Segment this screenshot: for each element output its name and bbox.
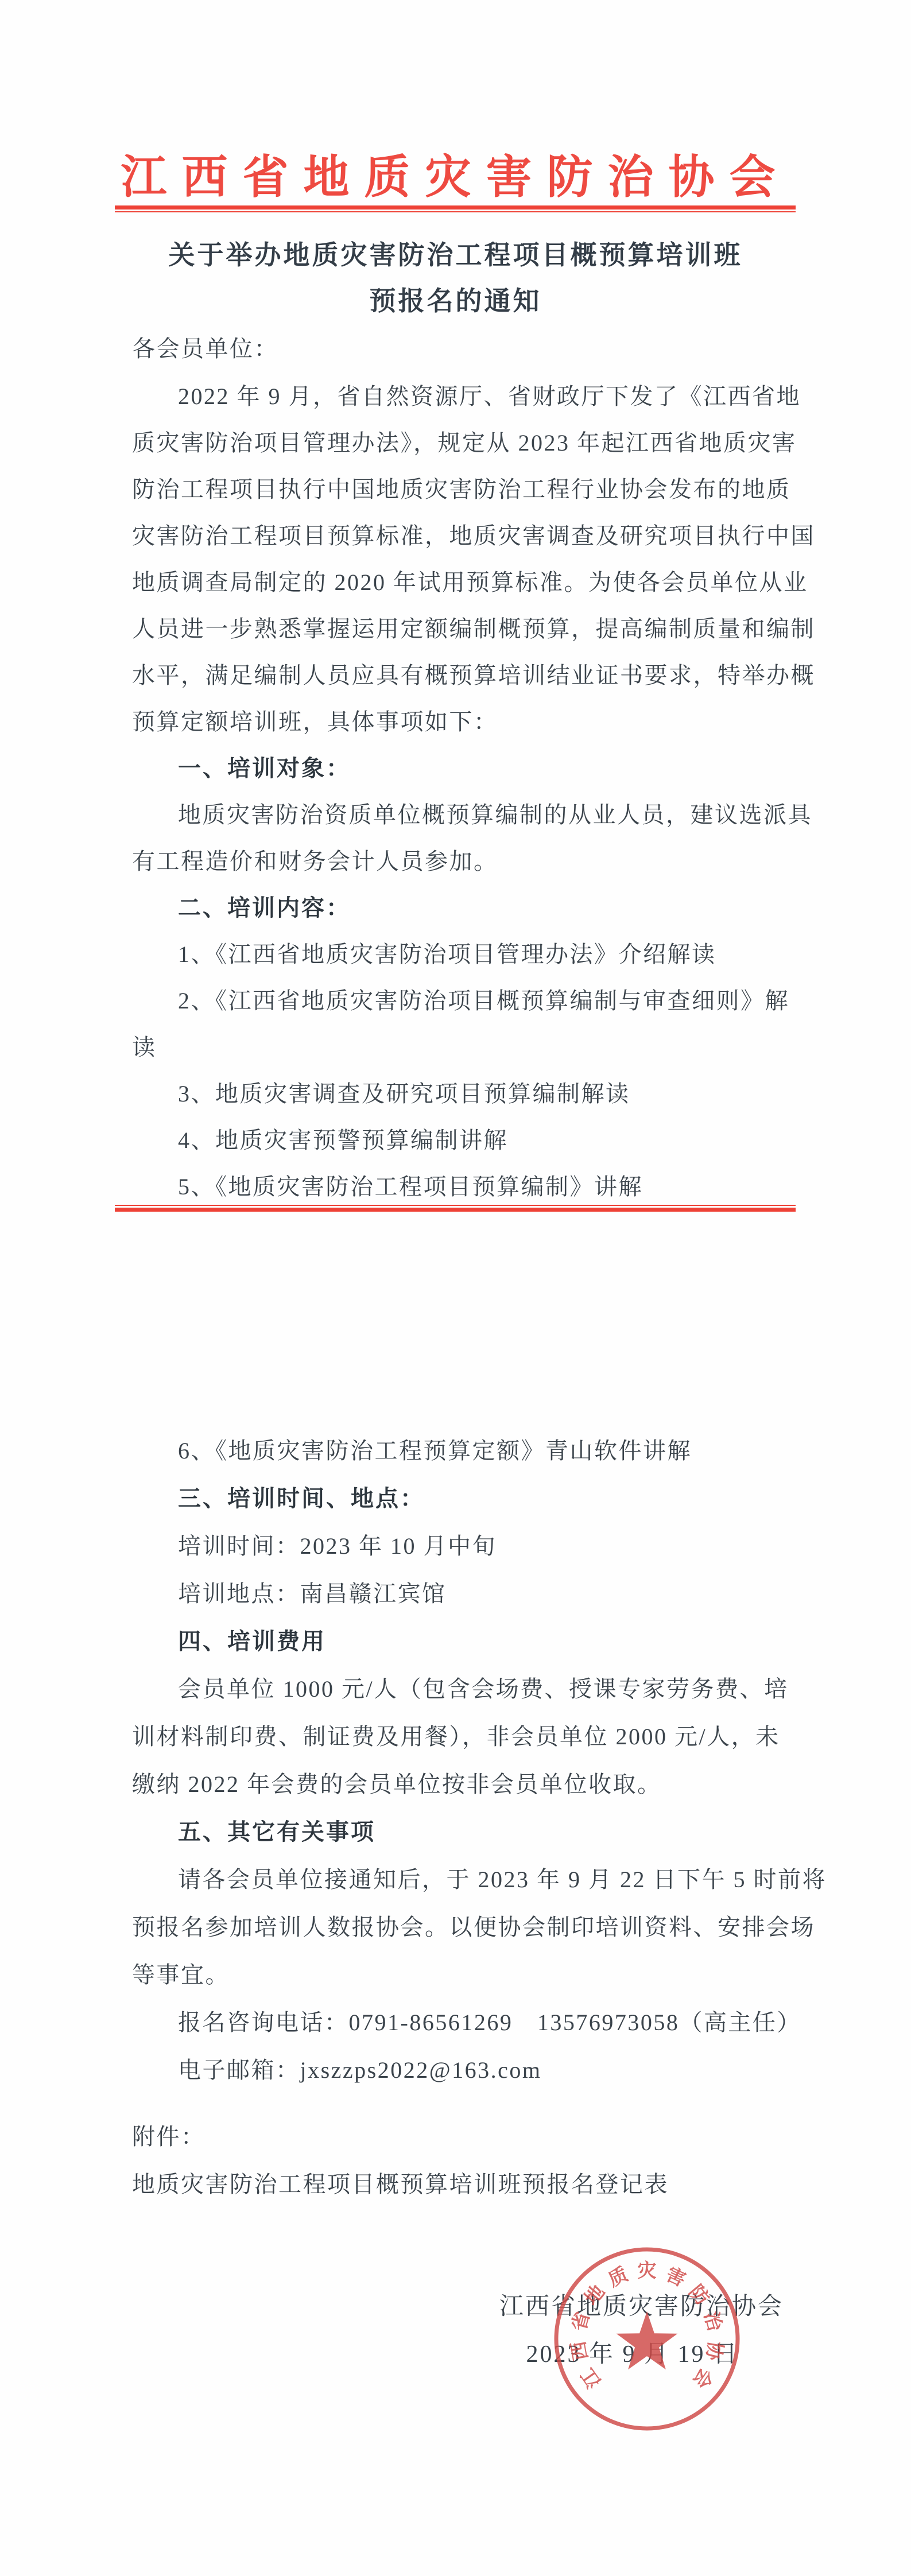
seal-char: 会 [688,2364,716,2392]
header-rule [115,205,796,212]
fee-line: 缴纳 2022 年会费的会员单位按非会员单位收取。 [132,1771,662,1798]
seal-char: 省 [568,2310,594,2333]
org-header-title: 江西省地质灾害防治协会 [0,140,911,206]
seal-char: 灾 [638,2260,657,2282]
attachment-label: 附件： [132,2124,206,2150]
seal-char: 防 [685,2281,714,2309]
paragraph-line: 防治工程项目执行中国地质灾害防治工程行业协会发布的地质 [132,476,791,503]
training-time: 培训时间：2023 年 10 月中旬 [178,1533,497,1559]
page-footer-rule [115,1205,796,1212]
paragraph-line: 有工程造价和财务会计人员参加。 [132,848,498,875]
section-heading-training-target: 一、培训对象： [178,755,351,782]
document-page: 江西省地质灾害防治协会 关于举办地质灾害防治工程项目概预算培训班 预报名的通知 … [0,0,911,2576]
seal-char: 害 [662,2264,689,2291]
header-rule-thick-line [115,205,796,210]
other-line: 预报名参加培训人数报协会。以便协会制印培训资料、安排会场 [132,1914,815,1941]
paragraph-line: 地质灾害防治资质单位概预算编制的从业人员，建议选派具 [178,802,812,828]
paragraph-line: 灾害防治工程项目预算标准，地质灾害调查及研究项目执行中国 [132,523,815,549]
fee-line: 会员单位 1000 元/人（包含会场费、授课专家劳务费、培 [178,1676,789,1702]
fee-line: 训材料制印费、制证费及用餐），非会员单位 2000 元/人，未 [132,1724,780,1750]
section-heading-other: 五、其它有关事项 [178,1819,375,1845]
list-item-line: 1、《江西省地质灾害防治项目管理办法》介绍解读 [178,941,716,968]
section-heading-time-place: 三、培训时间、地点： [178,1485,425,1512]
other-line: 请各会员单位接通知后，于 2023 年 9 月 22 日下午 5 时前将 [178,1867,827,1893]
email-line: 电子邮箱：jxszzps2022@163.com [178,2057,541,2084]
paragraph-line: 预算定额培训班，具体事项如下： [132,709,498,735]
list-item-line: 6、《地质灾害防治工程预算定额》青山软件讲解 [178,1438,692,1464]
paragraph-line: 人员进一步熟悉掌握运用定额编制概预算，提高编制质量和编制 [132,616,815,642]
list-item-line: 3、地质灾害调查及研究项目预算编制解读 [178,1081,630,1107]
list-item-line: 2、《江西省地质灾害防治项目概预算编制与审查细则》解 [178,988,789,1014]
seal-char: 质 [605,2264,631,2291]
training-place: 培训地点：南昌赣江宾馆 [178,1581,447,1607]
seal-char: 治 [700,2310,726,2334]
paragraph-line: 2022 年 9 月，省自然资源厅、省财政厅下发了《江西省地 [178,383,801,410]
paragraph-line: 地质调查局制定的 2020 年试用预算标准。为使各会员单位从业 [132,569,808,596]
seal-char: 协 [701,2340,726,2362]
phone-line: 报名咨询电话：0791-86561269 13576973058（高主任） [178,2009,801,2036]
salutation: 各会员单位： [132,336,278,362]
header-rule-thin-line [115,211,796,212]
official-seal: 江 西 省 地 质 灾 害 防 治 协 会 [549,2241,745,2437]
seal-star-icon [617,2311,678,2369]
other-line: 等事宜。 [132,1962,230,1988]
doc-title-line2: 预报名的通知 [0,280,911,318]
attachment-name: 地质灾害防治工程项目概预算培训班预报名登记表 [132,2171,669,2198]
seal-char: 地 [580,2281,609,2309]
paragraph-line: 质灾害防治项目管理办法》，规定从 2023 年起江西省地质灾害 [132,430,797,456]
list-item-line: 5、《地质灾害防治工程项目预算编制》讲解 [178,1174,643,1200]
seal-char: 江 [577,2364,605,2392]
section-heading-fee: 四、培训费用 [178,1628,326,1655]
paragraph-line: 水平，满足编制人员应具有概预算培训结业证书要求，特举办概 [132,662,815,689]
seal-char: 西 [568,2340,592,2362]
list-item-line: 4、地质灾害预警预算编制讲解 [178,1127,508,1154]
doc-title-line1: 关于举办地质灾害防治工程项目概预算培训班 [0,234,911,272]
section-heading-training-content: 二、培训内容： [178,895,351,921]
footer-rule-thick-line [115,1208,796,1212]
list-item-wrap-line: 读 [132,1034,157,1061]
official-seal-graphic: 江 西 省 地 质 灾 害 防 治 协 会 [549,2241,745,2437]
